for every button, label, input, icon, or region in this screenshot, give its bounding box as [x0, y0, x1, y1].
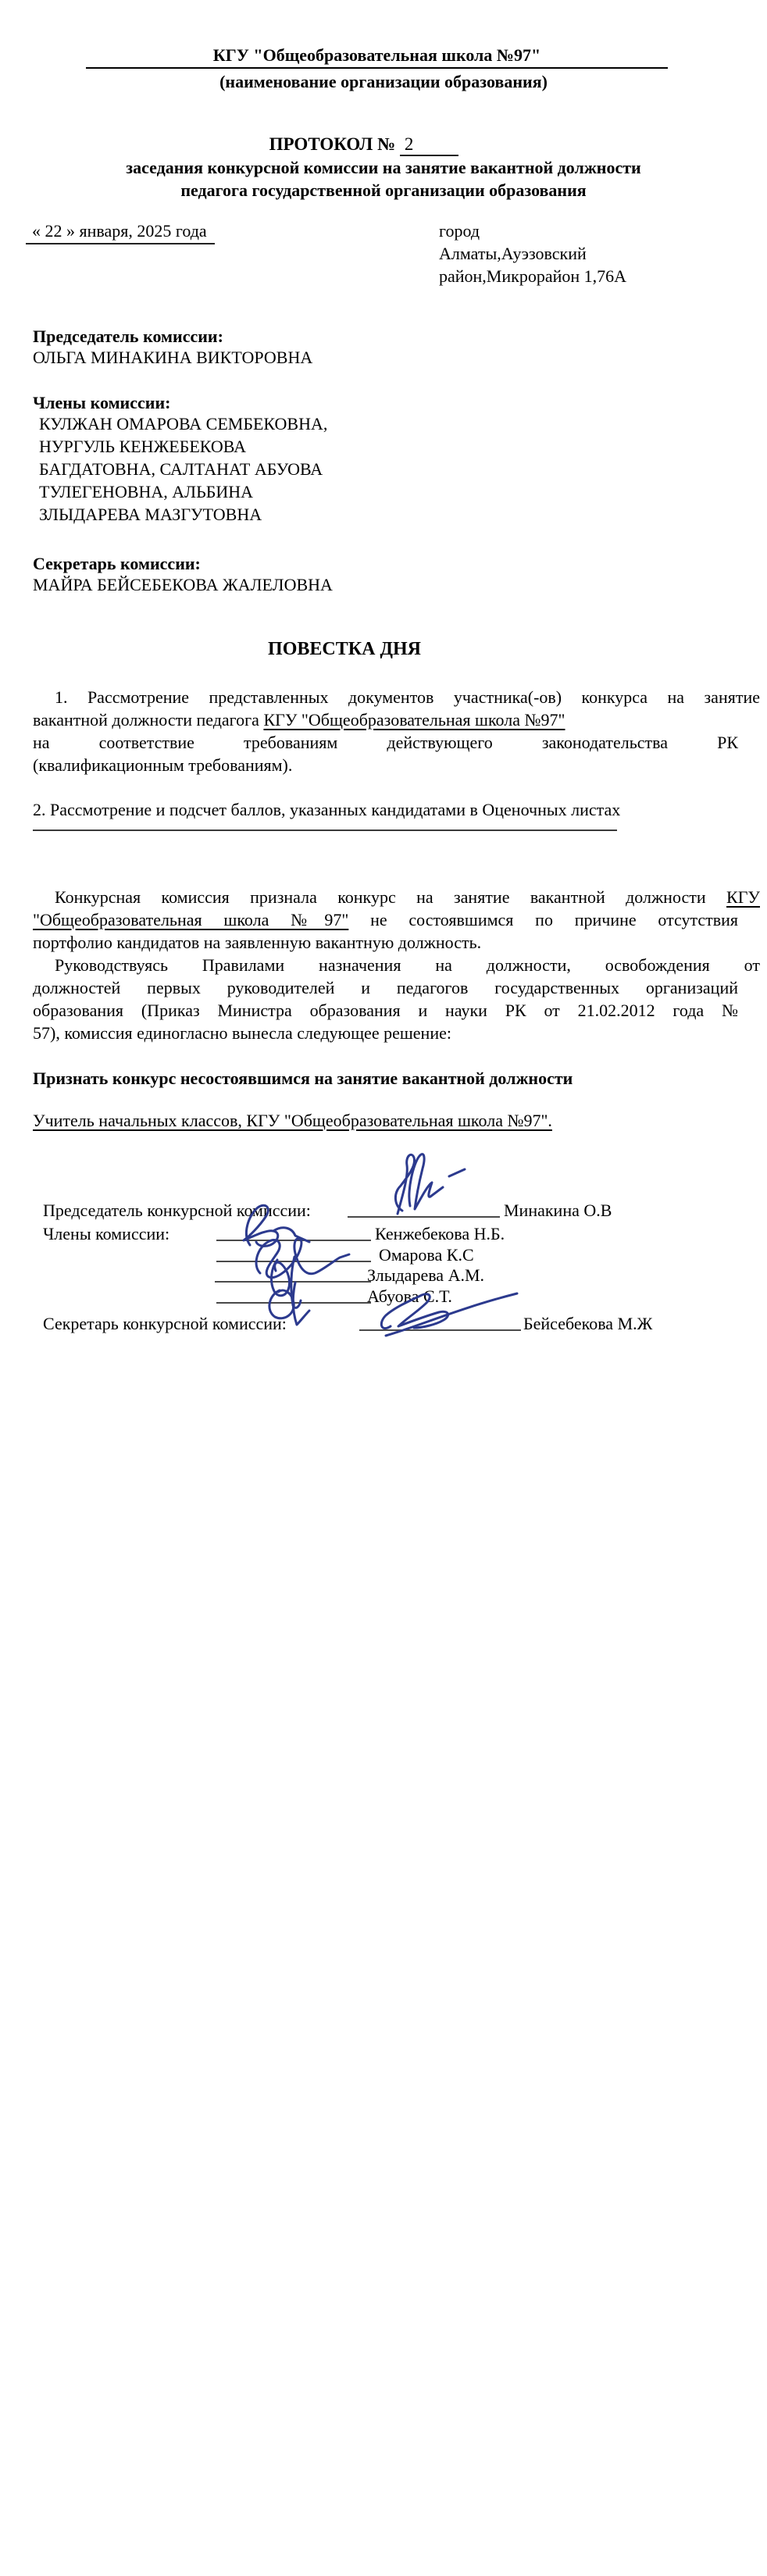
signature-line — [216, 1243, 371, 1262]
agenda-item2: 2. Рассмотрение и подсчет баллов, указан… — [33, 798, 738, 821]
signature-line — [359, 1312, 521, 1331]
signature-row-member: Злыдарева А.М. — [0, 1264, 767, 1283]
commission-members-list: КУЛЖАН ОМАРОВА СЕМБЕКОВНА, НУРГУЛЬ КЕНЖЕ… — [33, 412, 744, 526]
commission-member-line: ЗЛЫДАРЕВА МАЗГУТОВНА — [39, 503, 744, 526]
commission-member-line: БАГДАТОВНА, САЛТАНАТ АБУОВА — [39, 458, 744, 480]
signature-row-member: Абуова С.Т. — [0, 1285, 767, 1304]
sig-member-name: Омарова К.С — [379, 1243, 474, 1266]
org-caption: (наименование организации образования) — [0, 70, 767, 93]
protocol-label: ПРОТОКОЛ № — [269, 134, 395, 154]
resolution-para1-line1: Конкурсная комиссия признала конкурс на … — [33, 886, 760, 908]
sig-chair-name: Минакина О.В — [504, 1199, 612, 1222]
signature-row-member: Члены комиссии: Кенжебекова Н.Б. — [0, 1222, 767, 1241]
sig-secretary-label: Секретарь конкурсной комиссии: — [43, 1312, 287, 1335]
signature-line — [215, 1264, 371, 1283]
resolution-para2-line2: должностей первых руководителей и педаго… — [33, 976, 738, 999]
resolution-para1-line3: портфолио кандидатов на заявленную вакан… — [33, 931, 738, 954]
org-name: КГУ "Общеобразовательная школа №97" — [213, 45, 540, 65]
sig-member-name: Абуова С.Т. — [367, 1285, 452, 1308]
agenda-item1-line4: (квалификационным требованиям). — [33, 754, 738, 776]
commission-secretary-name: МАЙРА БЕЙСЕБЕКОВА ЖАЛЕЛОВНА — [33, 573, 738, 596]
commission-chair-label: Председатель комиссии: — [33, 325, 738, 348]
sig-member-name: Кенжебекова Н.Б. — [375, 1222, 505, 1245]
commission-chair-name: ОЛЬГА МИНАКИНА ВИКТОРОВНА — [33, 346, 738, 369]
commission-member-line: НУРГУЛЬ КЕНЖЕБЕКОВА — [39, 435, 744, 458]
school-name-underlined: КГУ — [726, 887, 760, 907]
signature-row-secretary: Секретарь конкурсной комиссии: Бейсебеко… — [0, 1312, 767, 1331]
sig-members-label: Члены комиссии: — [43, 1222, 169, 1245]
signature-row-member: Омарова К.С — [0, 1243, 767, 1262]
signature-line — [216, 1285, 371, 1304]
commission-member-line: ТУЛЕГЕНОВНА, АЛЬБИНА — [39, 480, 744, 503]
vacant-position: Учитель начальных классов, КГУ "Общеобра… — [33, 1109, 738, 1132]
commission-member-line: КУЛЖАН ОМАРОВА СЕМБЕКОВНА, — [39, 412, 744, 435]
location-line: район,Микрорайон 1,76А — [439, 265, 720, 287]
signature-line — [348, 1199, 500, 1218]
sig-chair-label: Председатель конкурсной комиссии: — [43, 1199, 311, 1222]
org-name-underlined: КГУ "Общеобразовательная школа №97" — [86, 44, 668, 69]
signature-line — [216, 1222, 371, 1241]
protocol-subtitle-2: педагога государственной организации обр… — [0, 179, 767, 202]
protocol-location: город Алматы,Ауэзовский район,Микрорайон… — [439, 219, 720, 287]
document-page: КГУ "Общеобразовательная школа №97" (наи… — [0, 0, 767, 2576]
sig-member-name: Злыдарева А.М. — [367, 1264, 484, 1286]
resolution-para1-line2: "Общеобразовательная школа №97" не состо… — [33, 908, 738, 931]
commission-secretary-label: Секретарь комиссии: — [33, 552, 738, 575]
agenda-item1-line3: на соответствие требованиям действующего… — [33, 731, 738, 754]
blank-fill-line — [33, 819, 617, 831]
location-line: город — [439, 219, 720, 242]
agenda-item1-line2: вакантной должности педагога КГУ "Общеоб… — [33, 708, 738, 731]
protocol-number: 2 — [400, 134, 459, 156]
resolution-decision: Признать конкурс несостоявшимся на занят… — [33, 1067, 738, 1090]
commission-members-label: Члены комиссии: — [33, 391, 738, 414]
agenda-heading: ПОВЕСТКА ДНЯ — [0, 638, 728, 661]
school-name-underlined: "Общеобразовательная школа №97" — [33, 910, 348, 929]
protocol-date: « 22 » января, 2025 года — [26, 219, 215, 244]
protocol-subtitle-1: заседания конкурсной комиссии на занятие… — [0, 156, 767, 179]
sig-secretary-name: Бейсебекова М.Ж — [523, 1312, 652, 1335]
agenda-item1-line1: 1. Рассмотрение представленных документо… — [33, 686, 760, 708]
location-line: Алматы,Ауэзовский — [439, 242, 720, 265]
signature-row-chair: Председатель конкурсной комиссии: Минаки… — [0, 1199, 767, 1218]
resolution-para2-line4: 57), комиссия единогласно вынесла следую… — [33, 1022, 738, 1044]
resolution-para2-line1: Руководствуясь Правилами назначения на д… — [33, 954, 760, 976]
resolution-para2-line3: образования (Приказ Министра образования… — [33, 999, 738, 1022]
protocol-title: ПРОТОКОЛ № 2 — [0, 133, 747, 155]
school-name-underlined: КГУ "Общеобразовательная школа №97" — [263, 710, 565, 730]
